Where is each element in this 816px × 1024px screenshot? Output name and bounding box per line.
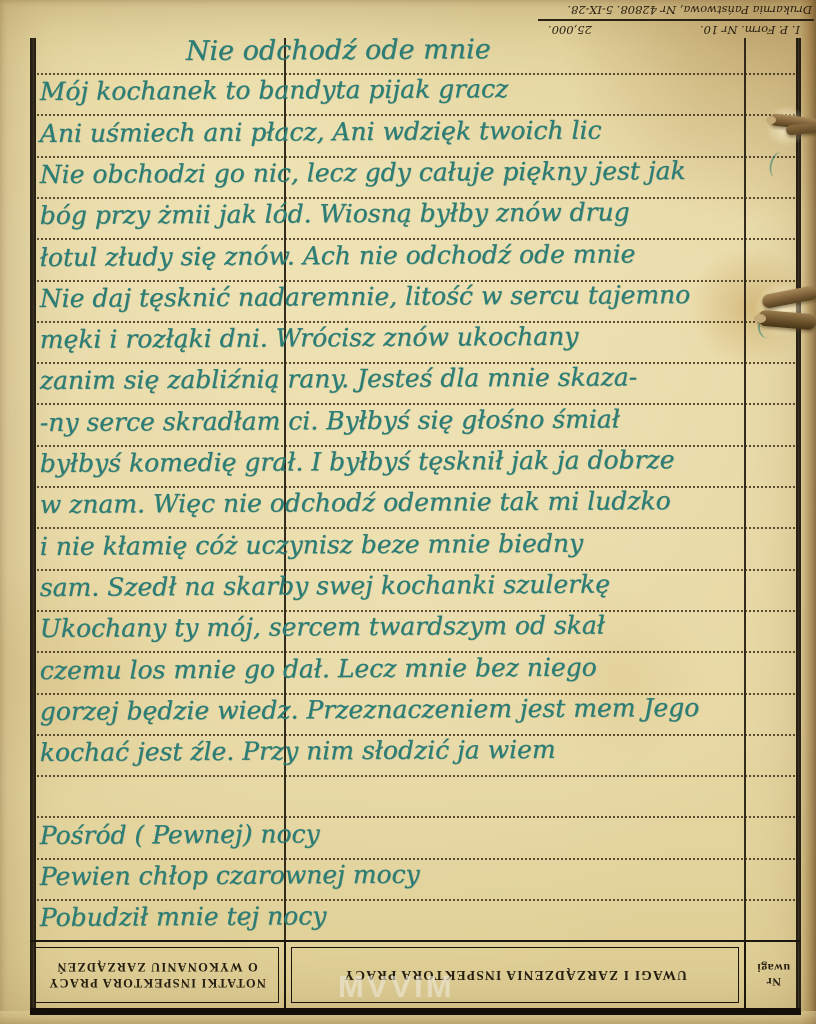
nr-label: Nr xyxy=(766,975,781,989)
nr-sublabel: uwagi xyxy=(757,961,790,975)
imprint-form-row: I. P. Form. Nr 10. 25,000. xyxy=(538,19,814,38)
handwriting-line: Nie obchodzi go nic, lecz gdy całuje pię… xyxy=(40,156,686,198)
handwriting-line: Mój kochanek to bandyta pijak gracz xyxy=(40,74,509,115)
twine-frayed-end xyxy=(766,116,776,124)
handwriting-line: Nie daj tęsknić nadaremnie, litość w ser… xyxy=(40,280,691,322)
handwriting-line: kochać jest źle. Przy nim słodzić ja wie… xyxy=(40,735,556,776)
handwriting-line: zanim się zabliźnią rany. Jesteś dla mni… xyxy=(40,363,638,405)
dotted-rule-line xyxy=(37,775,799,777)
handwriting-line: -ny serce skradłam ci. Byłbyś się głośno… xyxy=(40,404,620,446)
imprint-print-run: 25,000. xyxy=(548,23,592,37)
song-title: Nie odchodź ode mnie xyxy=(186,34,491,74)
notes-title-line1: NOTATKI INSPEKTORA PRACY xyxy=(48,975,266,991)
imprint-printer-line: Drukarnia Państwowa, Nr 42808. 5-IX-28. xyxy=(538,3,814,19)
handwriting-line: gorzej będzie wiedz. Przeznaczeniem jest… xyxy=(40,693,700,735)
notes-title-line2: O WYKONANIU ZARZĄDZEŃ xyxy=(56,959,257,975)
twine-binding-bottom xyxy=(748,272,816,352)
handwriting-line: bóg przy żmii jak lód. Wiosną byłby znów… xyxy=(40,198,630,240)
printer-imprint: I. P. Form. Nr 10. 25,000. Drukarnia Pań… xyxy=(538,3,814,38)
notes-title: NOTATKI INSPEKTORA PRACY O WYKONANIU ZAR… xyxy=(35,947,279,1003)
imprint-form-number: I. P. Form. Nr 10. xyxy=(700,23,800,37)
handwriting-line: byłbyś komedię grał. I byłbyś tęsknił ja… xyxy=(40,445,675,487)
handwriting-line: sam. Szedł na skarby swej kochanki szule… xyxy=(40,569,610,610)
handwriting-line: Ani uśmiech ani płacz, Ani wdzięk twoich… xyxy=(40,115,602,156)
nr-column-label: Nr uwagi xyxy=(751,947,796,1003)
archive-watermark: MVVIM xyxy=(338,969,455,1005)
handwriting-line: Pośród ( Pewnej) nocy xyxy=(40,819,320,859)
handwriting-line: czemu los mnie go dał. Lecz mnie bez nie… xyxy=(40,652,597,693)
handwriting-line: Pobudził mnie tej nocy xyxy=(40,902,327,942)
form-cell-notes: NOTATKI INSPEKTORA PRACY O WYKONANIU ZAR… xyxy=(30,942,284,1008)
scanned-document-page: I. P. Form. Nr 10. 25,000. Drukarnia Pań… xyxy=(0,0,816,1024)
twine-frayed-end xyxy=(754,314,766,323)
twine-strand xyxy=(786,122,816,135)
twine-binding-top xyxy=(760,100,816,156)
handwriting-line: Pewien chłop czarownej mocy xyxy=(40,860,420,900)
handwriting-line: męki i rozłąki dni. Wrócisz znów ukochan… xyxy=(40,322,579,363)
handwriting-line: i nie kłamię cóż uczynisz beze mnie bied… xyxy=(40,528,584,569)
dotted-rule-line xyxy=(37,816,799,818)
form-cell-nr: Nr uwagi xyxy=(744,942,801,1008)
table-border-left xyxy=(30,38,36,1008)
handwriting-line: Ukochany ty mój, sercem twardszym od ska… xyxy=(40,611,605,652)
handwriting-line: w znam. Więc nie odchodź odemnie tak mi … xyxy=(40,486,671,528)
table-column-divider-right xyxy=(744,38,746,940)
handwriting-line: łotul złudy się znów. Ach nie odchodź od… xyxy=(40,239,636,281)
